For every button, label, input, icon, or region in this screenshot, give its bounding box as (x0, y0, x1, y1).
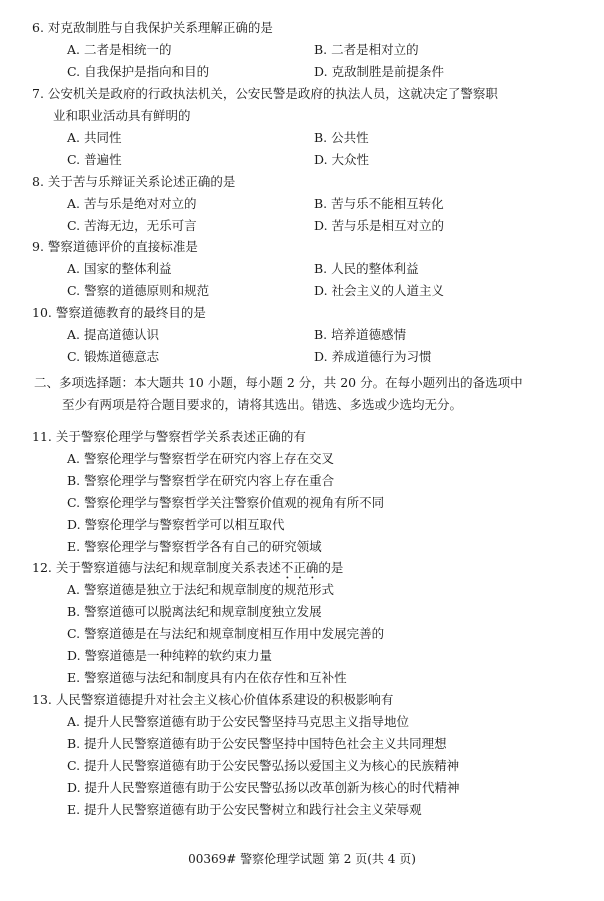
option-7b: B. 公共性 (314, 129, 369, 147)
question-number: 9. (32, 239, 44, 254)
section-2-heading: 二、多项选择题：本大题共 10 小题，每小题 2 分，共 20 分。在每小题列出… (34, 374, 523, 392)
question-number: 6. (32, 20, 44, 35)
option-8c: C. 苦海无边，无乐可言 (67, 217, 197, 235)
option-9d: D. 社会主义的人道主义 (314, 282, 444, 300)
option-7a: A. 共同性 (67, 129, 122, 147)
option-13a: A. 提升人民警察道德有助于公安民警坚持马克思主义指导地位 (67, 713, 409, 731)
question-10: 10. 警察道德教育的最终目的是 (32, 304, 206, 322)
question-11: 11. 关于警察伦理学与警察哲学关系表述正确的有 (32, 428, 306, 446)
option-12c: C. 警察道德是在与法纪和规章制度相互作用中发展完善的 (67, 625, 384, 643)
emphasis-not-correct: 不正确 (281, 560, 319, 575)
question-stem: 关于警察伦理学与警察哲学关系表述正确的有 (56, 429, 306, 444)
question-number: 7. (32, 86, 44, 101)
page-footer: 00369# 警察伦理学试题 第 2 页(共 4 页) (0, 850, 604, 868)
option-8d: D. 苦与乐是相互对立的 (314, 217, 444, 235)
question-stem: 关于苦与乐辩证关系论述正确的是 (48, 174, 236, 189)
option-8b: B. 苦与乐不能相互转化 (314, 195, 444, 213)
option-9a: A. 国家的整体利益 (67, 260, 172, 278)
question-7: 7. 公安机关是政府的行政执法机关，公安民警是政府的执法人员，这就决定了警察职 (32, 85, 498, 103)
option-9b: B. 人民的整体利益 (314, 260, 419, 278)
option-10d: D. 养成道德行为习惯 (314, 348, 432, 366)
question-stem: 关于警察道德与法纪和规章制度关系表述不正确的是 (56, 560, 344, 575)
question-7-stem-cont: 业和职业活动具有鲜明的 (53, 107, 191, 125)
option-6c: C. 自我保护是指向和目的 (67, 63, 209, 81)
question-stem: 人民警察道德提升对社会主义核心价值体系建设的积极影响有 (56, 692, 394, 707)
option-10a: A. 提高道德认识 (67, 326, 159, 344)
option-7d: D. 大众性 (314, 151, 369, 169)
question-13: 13. 人民警察道德提升对社会主义核心价值体系建设的积极影响有 (32, 691, 393, 709)
question-stem: 对克敌制胜与自我保护关系理解正确的是 (48, 20, 273, 35)
option-6b: B. 二者是相对立的 (314, 41, 419, 59)
option-12d: D. 警察道德是一种纯粹的软约束力量 (67, 647, 272, 665)
option-10c: C. 锻炼道德意志 (67, 348, 159, 366)
option-7c: C. 普遍性 (67, 151, 122, 169)
option-8a: A. 苦与乐是绝对对立的 (67, 195, 197, 213)
question-stem: 公安机关是政府的行政执法机关，公安民警是政府的执法人员，这就决定了警察职 (48, 86, 498, 101)
option-13e: E. 提升人民警察道德有助于公安民警树立和践行社会主义荣辱观 (67, 801, 422, 819)
question-number: 12. (32, 560, 52, 575)
question-stem: 警察道德评价的直接标准是 (48, 239, 198, 254)
option-11c: C. 警察伦理学与警察哲学关注警察价值观的视角有所不同 (67, 494, 384, 512)
option-13b: B. 提升人民警察道德有助于公安民警坚持中国特色社会主义共同理想 (67, 735, 447, 753)
question-number: 10. (32, 305, 52, 320)
option-6a: A. 二者是相统一的 (67, 41, 172, 59)
option-11a: A. 警察伦理学与警察哲学在研究内容上存在交叉 (67, 450, 334, 468)
option-12b: B. 警察道德可以脱离法纪和规章制度独立发展 (67, 603, 322, 621)
question-number: 13. (32, 692, 52, 707)
option-10b: B. 培养道德感情 (314, 326, 406, 344)
option-13d: D. 提升人民警察道德有助于公安民警弘扬以改革创新为核心的时代精神 (67, 779, 460, 797)
option-12e: E. 警察道德与法纪和制度具有内在依存性和互补性 (67, 669, 347, 687)
question-number: 8. (32, 174, 44, 189)
option-13c: C. 提升人民警察道德有助于公安民警弘扬以爱国主义为核心的民族精神 (67, 757, 459, 775)
question-12: 12. 关于警察道德与法纪和规章制度关系表述不正确的是 (32, 559, 343, 582)
question-9: 9. 警察道德评价的直接标准是 (32, 238, 198, 256)
section-2-heading-cont: 至少有两项是符合题目要求的，请将其选出。错选、多选或少选均无分。 (62, 396, 462, 414)
question-6: 6. 对克敌制胜与自我保护关系理解正确的是 (32, 19, 273, 37)
question-number: 11. (32, 429, 52, 444)
question-8: 8. 关于苦与乐辩证关系论述正确的是 (32, 173, 235, 191)
option-11b: B. 警察伦理学与警察哲学在研究内容上存在重合 (67, 472, 334, 490)
option-6d: D. 克敌制胜是前提条件 (314, 63, 444, 81)
option-9c: C. 警察的道德原则和规范 (67, 282, 209, 300)
option-11e: E. 警察伦理学与警察哲学各有自己的研究领域 (67, 538, 322, 556)
question-stem: 警察道德教育的最终目的是 (56, 305, 206, 320)
option-12a: A. 警察道德是独立于法纪和规章制度的规范形式 (67, 581, 334, 599)
option-11d: D. 警察伦理学与警察哲学可以相互取代 (67, 516, 285, 534)
